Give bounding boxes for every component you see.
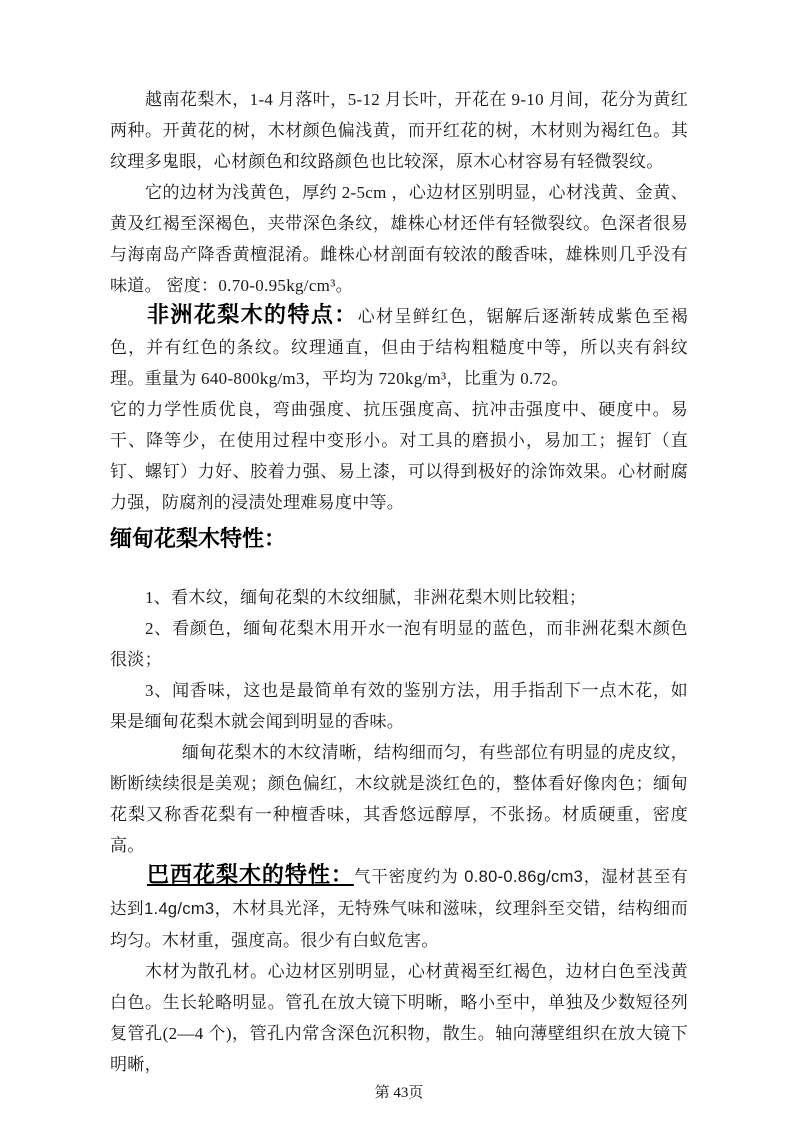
paragraph-vietnam-intro: 越南花梨木，1-4 月落叶，5-12 月长叶，开花在 9-10 月间，花分为黄红… bbox=[110, 84, 688, 177]
page-number-footer: 第 43页 bbox=[110, 1082, 688, 1104]
list-item-scent: 3、闻香味，这也是最简单有效的鉴别方法，用手指刮下一点木花，如果是缅甸花梨木就会… bbox=[110, 675, 688, 737]
document-content: 越南花梨木，1-4 月落叶，5-12 月长叶，开花在 9-10 月间，花分为黄红… bbox=[110, 84, 688, 1104]
list-item-color: 2、看颜色，缅甸花梨木用开水一泡有明显的蓝色，而非洲花梨木颜色很淡； bbox=[110, 613, 688, 675]
document-page: 越南花梨木，1-4 月落叶，5-12 月长叶，开花在 9-10 月间，花分为黄红… bbox=[0, 0, 800, 1131]
paragraph-vietnam-sapwood: 它的边材为浅黄色，厚约 2-5cm ，心边材区别明显，心材浅黄、金黄、黄及红褐至… bbox=[110, 177, 688, 301]
paragraph-brazil-features: 巴西花梨木的特性：气干密度约为 0.80-0.86g/cm3，湿材甚至有达到1.… bbox=[110, 861, 688, 956]
heading-burma-features: 缅甸花梨木特性： bbox=[110, 524, 688, 554]
list-item-grain: 1、看木纹，缅甸花梨的木纹细腻，非洲花梨木则比较粗； bbox=[110, 582, 688, 613]
paragraph-brazil-anatomy: 木材为散孔材。心边材区别明显，心材黄褐至红褐色，边材白色至浅黄白色。生长轮略明显… bbox=[110, 956, 688, 1080]
paragraph-african-mechanical: 它的力学性质优良，弯曲强度、抗压强度高、抗冲击强度中、硬度中。易干、降等少，在使… bbox=[110, 394, 688, 518]
paragraph-african-features: 非洲花梨木的特点：心材呈鲜红色，锯解后逐渐转成紫色至褐色，并有红色的条纹。纹理通… bbox=[110, 301, 688, 394]
section-lead-brazil: 巴西花梨木的特性： bbox=[147, 862, 354, 887]
paragraph-burma-description: 缅甸花梨木的木纹清晰，结构细而匀，有些部位有明显的虎皮纹，断断续续很是美观；颜色… bbox=[110, 737, 688, 861]
section-lead-african: 非洲花梨木的特点： bbox=[147, 302, 358, 327]
